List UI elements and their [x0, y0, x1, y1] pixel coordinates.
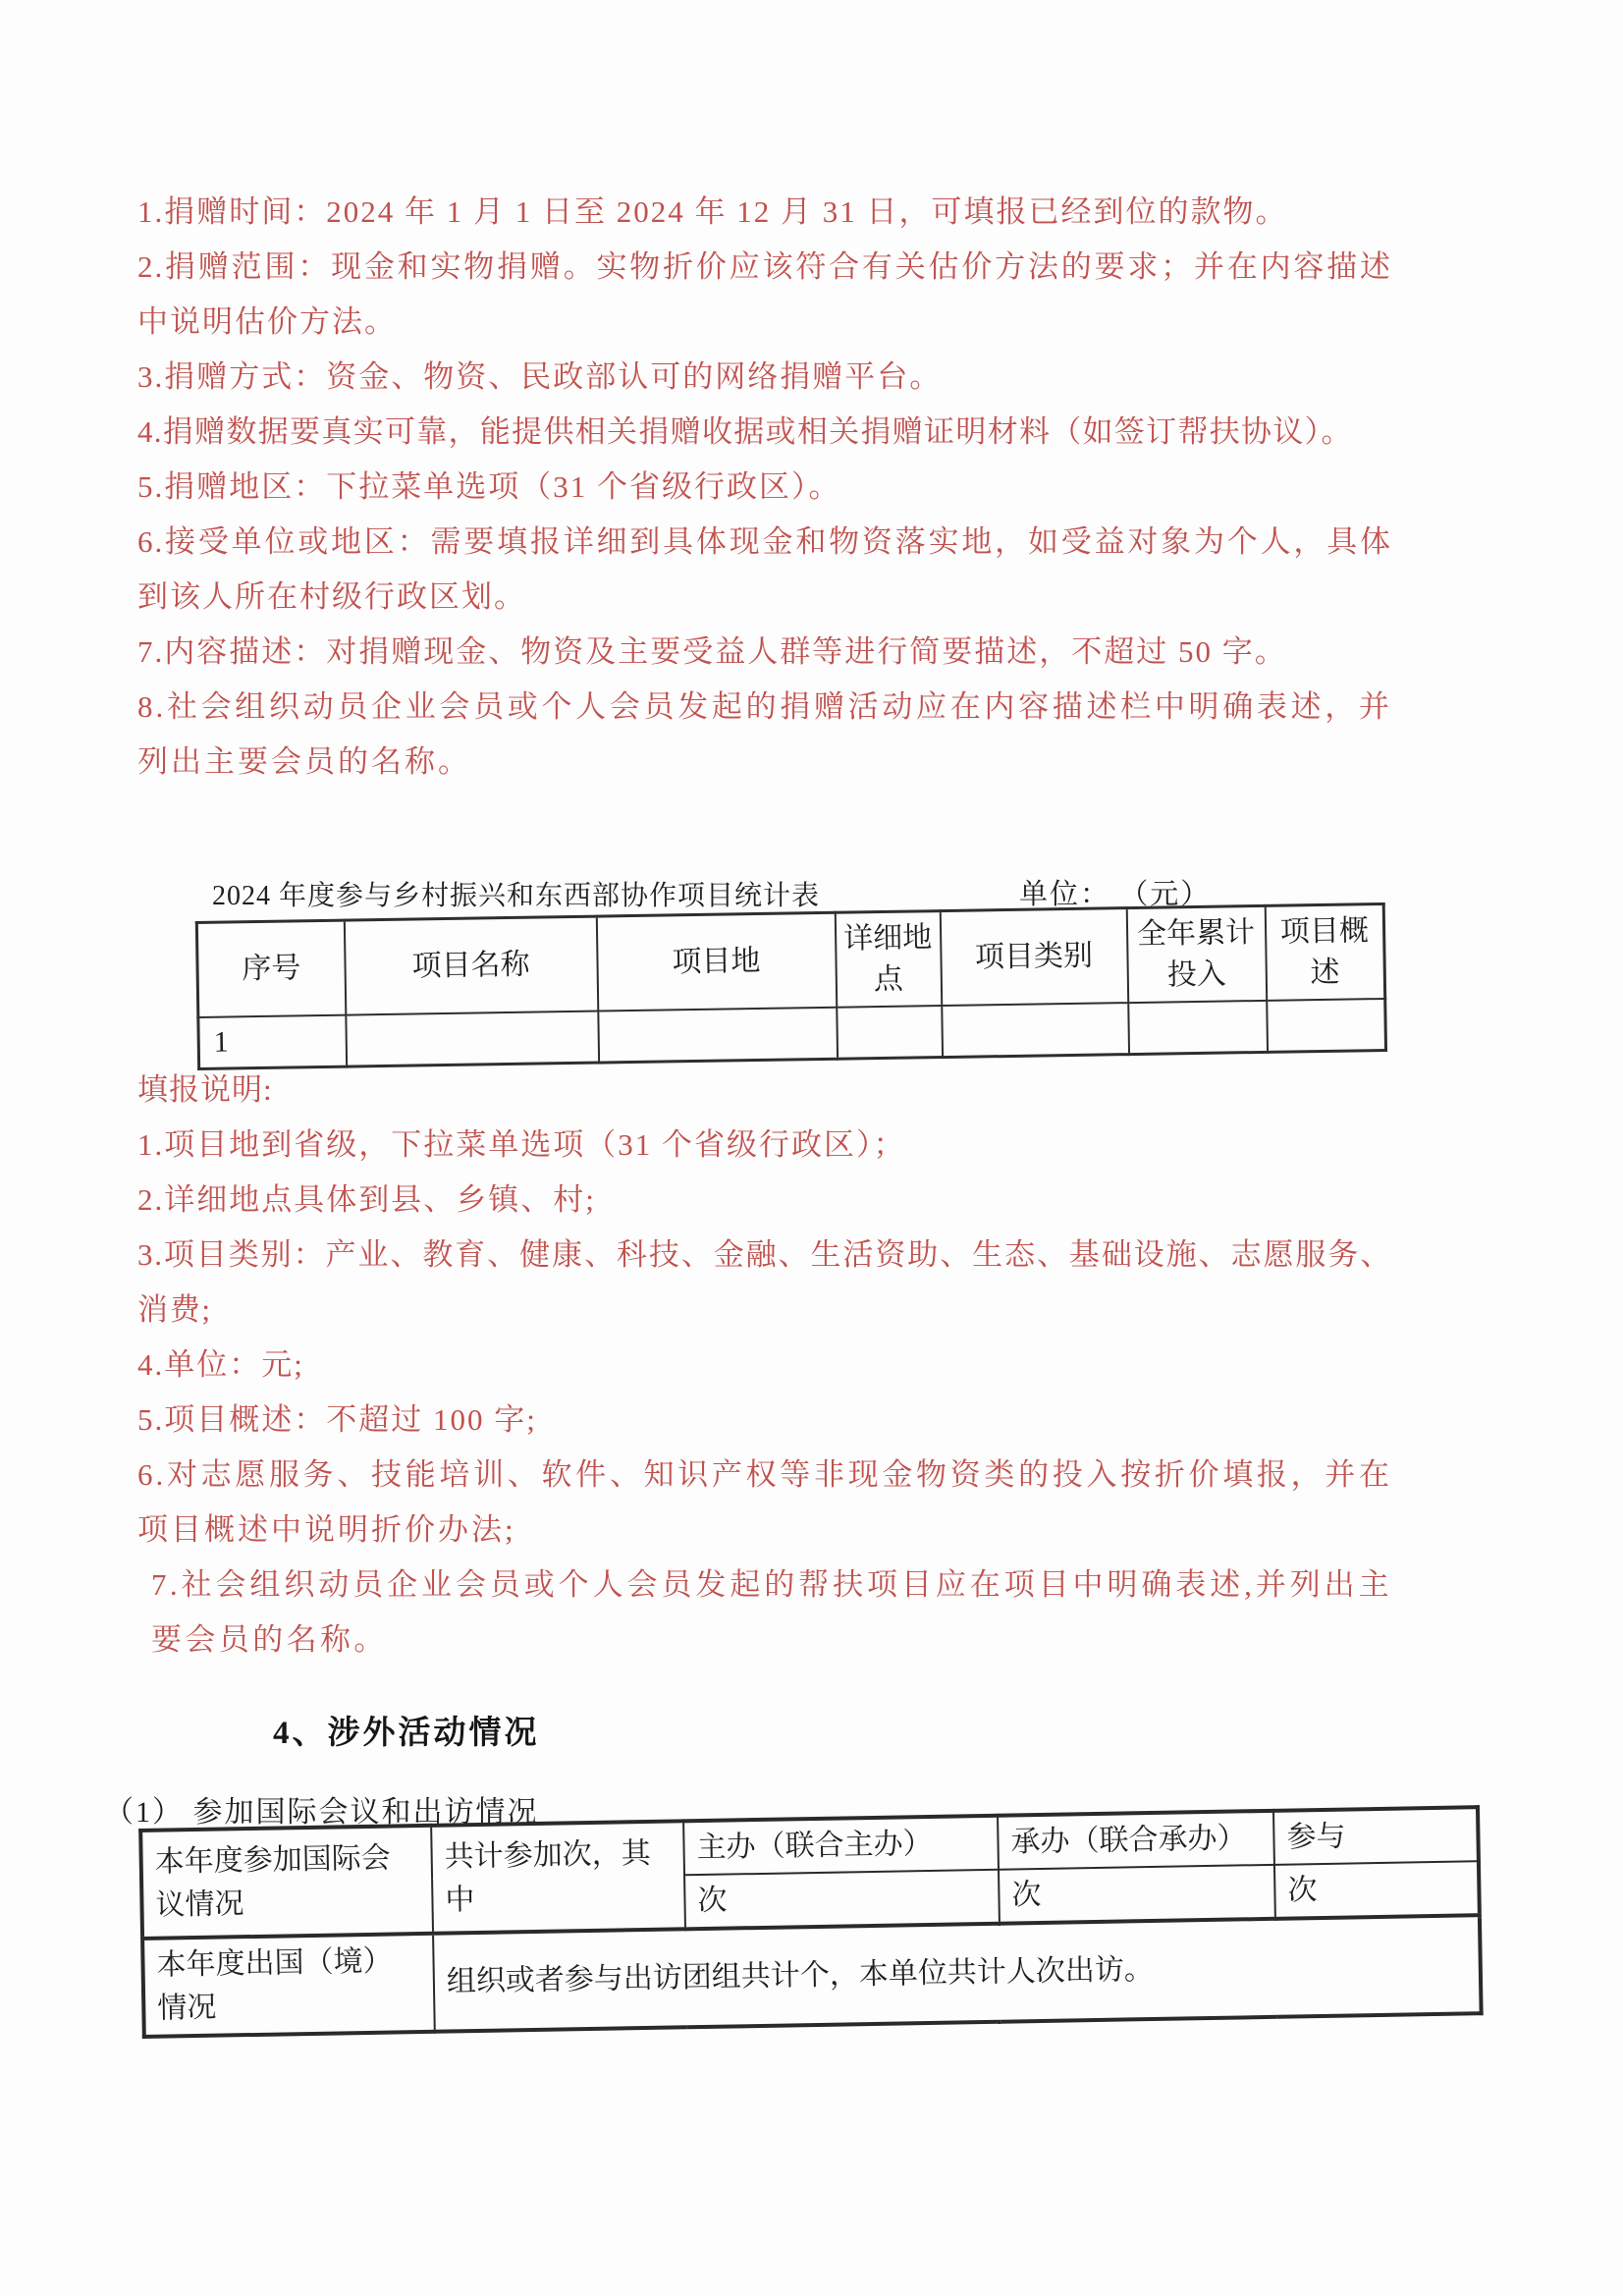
- col-header-category: 项目类别: [940, 908, 1127, 1006]
- foreign-activity-table-section: 本年度参加国际会议情况 共计参加次，其中 主办（联合主办） 承办（联合承办） 参…: [140, 1829, 1478, 2039]
- project-table-header-row: 序号 项目名称 项目地 详细地点 项目类别 全年累计投入 项目概述: [196, 903, 1384, 1016]
- donation-note-7: 7.内容描述：对捐赠现金、物资及主要受益人群等进行简要描述，不超过 50 字。: [137, 625, 1392, 680]
- cell-seq: 1: [198, 1014, 347, 1068]
- fill-instruction-5: 5.项目概述：不超过 100 字;: [137, 1393, 1392, 1448]
- cell-detail-place: [837, 1006, 943, 1059]
- donation-note-3: 3.捐赠方式：资金、物资、民政部认可的网络捐赠平台。: [137, 350, 1392, 405]
- cell-project-place: [598, 1007, 838, 1062]
- fill-instruction-4: 4.单位：元;: [137, 1338, 1392, 1393]
- cell-cohost-times: 次: [999, 1865, 1275, 1924]
- cell-host-times: 次: [684, 1870, 1000, 1930]
- cell-cohost-header: 承办（联合承办）: [998, 1811, 1274, 1870]
- fill-instruction-7: 7.社会组织动员企业会员或个人会员发起的帮扶项目应在项目中明确表述,并列出主要会…: [137, 1558, 1392, 1667]
- col-header-seq: 序号: [196, 920, 345, 1016]
- donation-note-4: 4.捐赠数据要真实可靠，能提供相关捐赠收据或相关捐赠证明材料（如签订帮扶协议）。: [137, 405, 1392, 460]
- fill-instruction-6: 6.对志愿服务、技能培训、软件、知识产权等非现金物资类的投入按折价填报，并在项目…: [137, 1448, 1392, 1558]
- col-header-summary: 项目概述: [1265, 903, 1384, 1000]
- cell-annual-input: [1128, 1000, 1268, 1054]
- section4-heading: 4、涉外活动情况: [273, 1707, 540, 1753]
- cell-conference-label: 本年度参加国际会议情况: [140, 1826, 433, 1939]
- col-header-project-place: 项目地: [596, 912, 836, 1011]
- donation-note-6: 6.接受单位或地区：需要填报详细到具体现金和物资落实地，如受益对象为个人，具体到…: [137, 515, 1392, 625]
- donation-notes-block: 1.捐赠时间：2024 年 1 月 1 日至 2024 年 12 月 31 日，…: [137, 185, 1392, 790]
- cell-participate-times: 次: [1274, 1861, 1480, 1919]
- donation-note-8: 8.社会组织动员企业会员或个人会员发起的捐赠活动应在内容描述栏中明确表述，并列出…: [137, 680, 1392, 790]
- cell-conference-total: 共计参加次，其中: [431, 1821, 685, 1933]
- fill-instruction-3: 3.项目类别：产业、教育、健康、科技、金融、生活资助、生态、基础设施、志愿服务、…: [137, 1228, 1392, 1338]
- cell-category: [942, 1003, 1129, 1057]
- project-table-section: 2024 年度参与乡村振兴和东西部协作项目统计表 单位： （元） 序号 项目名称…: [196, 874, 1383, 1070]
- fill-instruction-2: 2.详细地点具体到县、乡镇、村;: [137, 1173, 1392, 1228]
- cell-abroad-label: 本年度出国（境）情况: [142, 1934, 435, 2037]
- col-header-detail-place: 详细地点: [835, 911, 941, 1008]
- foreign-activity-table: 本年度参加国际会议情况 共计参加次，其中 主办（联合主办） 承办（联合承办） 参…: [138, 1805, 1484, 2039]
- col-header-project-name: 项目名称: [344, 916, 597, 1014]
- fill-instructions-block: 填报说明: 1.项目地到省级，下拉菜单选项（31 个省级行政区）； 2.详细地点…: [137, 1063, 1392, 1667]
- project-table: 序号 项目名称 项目地 详细地点 项目类别 全年累计投入 项目概述 1: [195, 902, 1387, 1070]
- project-table-title: 2024 年度参与乡村振兴和东西部协作项目统计表: [212, 874, 820, 913]
- col-header-annual-input: 全年累计投入: [1126, 905, 1266, 1002]
- cell-project-name: [346, 1011, 599, 1066]
- donation-note-5: 5.捐赠地区：下拉菜单选项（31 个省级行政区）。: [137, 460, 1392, 515]
- cell-participate-header: 参与: [1273, 1807, 1479, 1865]
- donation-note-1: 1.捐赠时间：2024 年 1 月 1 日至 2024 年 12 月 31 日，…: [137, 185, 1392, 240]
- fill-instructions-heading: 填报说明:: [137, 1063, 1392, 1118]
- cell-host-header: 主办（联合主办）: [683, 1816, 999, 1876]
- cell-summary: [1267, 998, 1386, 1051]
- cell-abroad-content: 组织或者参与出访团组共计个，本单位共计人次出访。: [433, 1915, 1482, 2032]
- fill-instruction-1: 1.项目地到省级，下拉菜单选项（31 个省级行政区）；: [137, 1118, 1392, 1173]
- donation-note-2: 2.捐赠范围：现金和实物捐赠。实物折价应该符合有关估价方法的要求；并在内容描述中…: [137, 240, 1392, 350]
- scanned-document-page: 1.捐赠时间：2024 年 1 月 1 日至 2024 年 12 月 31 日，…: [0, 0, 1623, 2296]
